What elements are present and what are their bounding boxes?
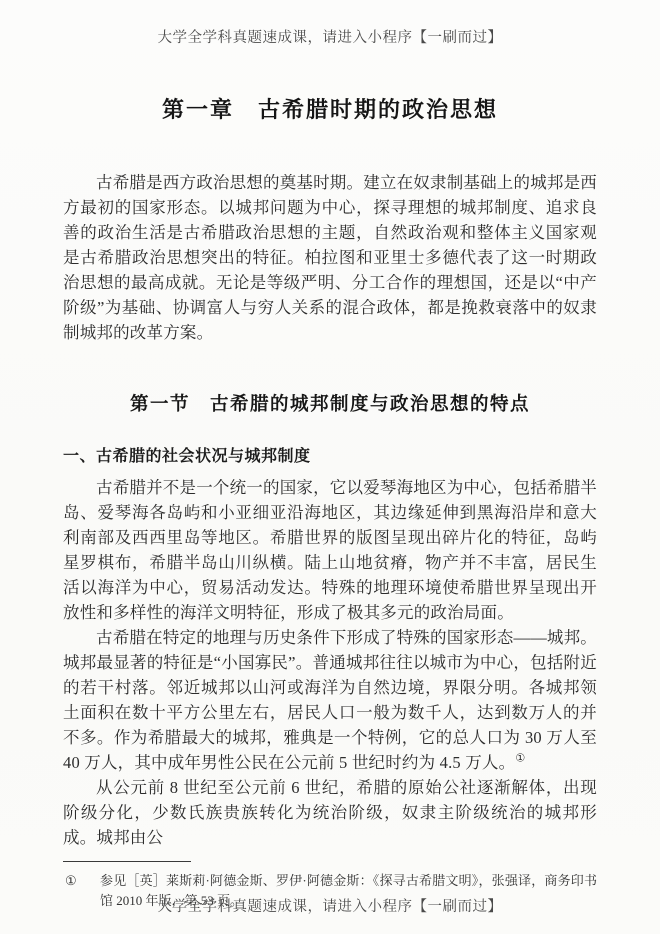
paragraph-formation: 从公元前 8 世纪至公元前 6 世纪，希腊的原始公社逐渐解体，出现阶级分化，少数… — [63, 775, 597, 850]
footnote-ref-marker: ① — [515, 753, 525, 765]
body-block: 古希腊是西方政治思想的奠基时期。建立在奴隶制基础上的城邦是西方最初的国家形态。以… — [0, 170, 660, 345]
footnote-marker: ① — [65, 871, 77, 891]
chapter-title: 第一章 古希腊时期的政治思想 — [0, 93, 660, 124]
document-page: 大学全学科真题速成课，请进入小程序【一刷而过】 第一章 古希腊时期的政治思想 古… — [0, 0, 660, 934]
paragraph-polis: 古希腊在特定的地理与历史条件下形成了特殊的国家形态——城邦。城邦最显著的特征是“… — [63, 625, 597, 775]
subsection-heading: 一、古希腊的社会状况与城邦制度 — [0, 443, 660, 466]
paragraph-polis-text: 古希腊在特定的地理与历史条件下形成了特殊的国家形态——城邦。城邦最显著的特征是“… — [63, 628, 597, 772]
intro-paragraph: 古希腊是西方政治思想的奠基时期。建立在奴隶制基础上的城邦是西方最初的国家形态。以… — [63, 170, 597, 345]
page-footer-note: 大学全学科真题速成课，请进入小程序【一刷而过】 — [0, 895, 660, 916]
footnote-divider — [63, 861, 191, 862]
paragraph-geography: 古希腊并不是一个统一的国家，它以爱琴海地区为中心，包括希腊半岛、爱琴海各岛屿和小… — [63, 475, 597, 625]
section-body: 古希腊并不是一个统一的国家，它以爱琴海地区为中心，包括希腊半岛、爱琴海各岛屿和小… — [0, 475, 660, 850]
page-header-note: 大学全学科真题速成课，请进入小程序【一刷而过】 — [0, 0, 660, 47]
section-title: 第一节 古希腊的城邦制度与政治思想的特点 — [0, 390, 660, 416]
